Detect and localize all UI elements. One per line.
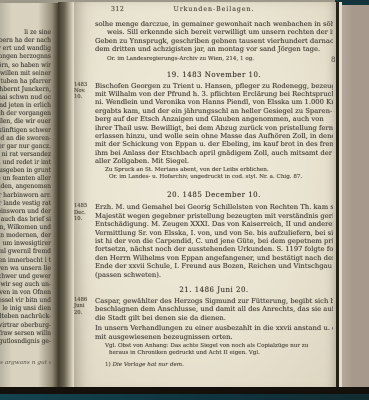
- facing-page-text-fragment: ber harbinworn arr.: [0, 192, 51, 200]
- note-line: Zu Spruck an St. Mertans abent, von der …: [95, 167, 333, 174]
- book-cover-right: [342, 5, 369, 388]
- facing-page-edge: li ze sinen bern ha der nachrger ert und…: [0, 3, 58, 389]
- text-line: In unsern Verhandlungen zu einer ausbeza…: [95, 324, 333, 332]
- margin-day: Nov. 10.: [74, 88, 94, 101]
- facing-page-text-column: li ze sinen bern ha der nachrger ert und…: [0, 29, 51, 351]
- facing-page-text-fragment: N. und redet ir imt: [0, 159, 51, 167]
- facing-page-text-fragment: hwirtrar oberburg-: [0, 322, 51, 330]
- facing-page-text-fragment: dem einsworn und der: [0, 208, 51, 216]
- entry-heading: 21. 1486 Juni 20.: [95, 286, 333, 294]
- entry-body: 1483 Nov. 10. Bischofen Georgen zu Trien…: [95, 82, 333, 182]
- facing-page-text-fragment: n schwer und gewer: [0, 273, 51, 281]
- text-line: Geben zu Ynnsprugk, geschriben gebnen ta…: [95, 37, 333, 45]
- book-scan-photo: li ze sinen bern ha der nachrger ert und…: [0, 0, 369, 400]
- text-line: Bischofen Georgen zu Trient u. Hansen, p…: [95, 82, 333, 90]
- entry-body: 1485 Dec. 10. Erzh. M. und Gemahel bei G…: [95, 203, 333, 279]
- text-line: Ende der xxvii Schule, I. Freund aus Boz…: [95, 262, 333, 270]
- text-line: mit Wilhalm von der Pfrund h. 3. pflicht…: [95, 90, 333, 98]
- entry-text: Caspar, gewählter des Herzogs Sigmund zu…: [95, 297, 333, 322]
- facing-page-text-fragment: re ni rat versandez: [0, 151, 51, 159]
- facing-page-bottom-line: s argwans n gut st.: [0, 360, 51, 366]
- entry-notes: Vgl. Obst von Anhang: Das achte Siegel v…: [95, 343, 333, 357]
- facing-page-text-fragment: li ze sine: [24, 29, 51, 37]
- register-entry-21: 21. 1486 Juni 20. 1486 Juni 20. Caspar, …: [95, 286, 333, 357]
- text-line: erlassen hinzu, und wolle sein ohne Mass…: [95, 132, 333, 140]
- facing-page-text-fragment: n bern ha der nach: [0, 37, 51, 45]
- text-line: mit ausgewiesenen bezeugnissen orten.: [95, 333, 333, 341]
- text-line: die Stadt gilt bei denen sie da dienen.: [95, 314, 333, 322]
- margin-day: Dec. 10.: [74, 210, 94, 223]
- facing-page-text-fragment: alteben nachrück-: [0, 313, 51, 321]
- footnote-marker: 1): [105, 362, 111, 368]
- facing-page-text-fragment: wr tuben ha pfarrer: [0, 78, 51, 86]
- margin-day: Juni 20.: [74, 303, 94, 316]
- facing-page-text-fragment: beliden, angenomen: [0, 183, 51, 191]
- facing-page-text-fragment: ml gwernil fremd: [0, 248, 51, 256]
- facing-page-text-fragment: um inwesigtirer: [3, 240, 51, 248]
- note-line: heraus in Chroniken gedruckt und Acht II…: [95, 350, 333, 357]
- facing-page-text-fragment: leren wa unsern lie: [0, 265, 51, 273]
- text-line: ist hi der von die Carpendid, C. und jen…: [95, 237, 333, 245]
- text-line: Vermittlung Sr. von Elsska, I. von, und …: [95, 229, 333, 237]
- facing-page-text-fragment: dunzn, Wilkomen und: [0, 224, 51, 232]
- facing-page-text-fragment: ruger gar nur gancz.: [0, 143, 51, 151]
- facing-page-text-fragment: rger ert und wandlig: [0, 45, 51, 53]
- facing-page-text-fragment: an modernen, der: [0, 232, 51, 240]
- facing-page-text-fragment: le inig unsi dien: [2, 305, 51, 313]
- facing-page-text-fragment: und jeten in erlich: [0, 102, 51, 110]
- edge-margin-mark: 8: [331, 56, 335, 64]
- page-content: 312 Urkunden-Beilagen. solhe menge darcz…: [95, 2, 333, 369]
- text-line: ihm bei Anlass der Etschbach april gnädi…: [95, 149, 333, 157]
- facing-page-text-fragment: re un feanten aller: [0, 175, 51, 183]
- source-citation: Or. im Landesregierungs-Archiv zu Wien, …: [95, 56, 333, 63]
- facing-page-text-fragment: wurchbernt Junckern,: [0, 86, 51, 94]
- page-header: 312 Urkunden-Beilagen.: [95, 6, 333, 14]
- text-line: (passen schweten).: [95, 271, 333, 279]
- text-line: Entschädigung. M. Zeugen XXXI. Das von K…: [95, 220, 333, 228]
- margin-date-note: 1486 Juni 20.: [74, 297, 94, 316]
- register-entry-20: 20. 1485 December 10. 1485 Dec. 10. Erzh…: [95, 191, 333, 279]
- facing-page-text-fragment: dessel vir bitn und: [0, 297, 51, 305]
- text-line: Erzh. M. und Gemahel bei Georig Schillel…: [95, 203, 333, 211]
- text-line: beschlagnen dem Anschlusse, und damit al…: [95, 305, 333, 313]
- facing-page-text-fragment: g gutlosndignis ge-: [0, 338, 51, 346]
- book-page: 312 Urkunden-Beilagen. solhe menge darcz…: [74, 2, 336, 390]
- facing-page-text-fragment: ll auch das brief si: [0, 216, 51, 224]
- entry-text: Bischofen Georgen zu Trient u. Hansen, p…: [95, 82, 333, 166]
- text-line: fortsetzn, nächst noch der ausstehenden …: [95, 245, 333, 253]
- note-line: Or. im Landes- u. Hofarchiv, ungedruckt …: [95, 174, 333, 181]
- text-line: ni. Wendlein und Veronika von Hanns Pien…: [95, 98, 333, 106]
- text-line: weis. Sill erkennde sich bereit verwilli…: [95, 28, 333, 36]
- facing-page-text-fragment: al, mai schwn nud oc: [0, 94, 51, 102]
- facing-page-text-fragment: strenngen herzognns: [0, 53, 51, 61]
- text-line: berg auf der Etsch Anzaigen und Glauben …: [95, 115, 333, 123]
- margin-date-note: 1483 Nov. 10.: [74, 82, 94, 101]
- facing-page-text-fragment: en imnerbacht i t: [0, 257, 51, 265]
- facing-page-text-fragment: di körn, so haben wir: [0, 62, 51, 70]
- text-line: Caspar, gewählter des Herzogs Sigmund zu…: [95, 297, 333, 305]
- text-line: Majestät wegen gegebner pristellung beze…: [95, 212, 333, 220]
- entry-text: Erzh. M. und Gemahel bei Georig Schillel…: [95, 203, 333, 279]
- entry-heading: 19. 1483 November 10.: [95, 71, 333, 79]
- text-line: mit der Schickung von Eppan u. der Ebeli…: [95, 140, 333, 148]
- text-line: dem dritten und achzigisten jar, an mont…: [95, 45, 333, 53]
- facing-page-text-fragment: beser lande vestig rat: [0, 200, 51, 208]
- footnote-text: Die Vorlage hat nur dem.: [113, 362, 184, 368]
- book-gutter-shadow: [58, 2, 74, 390]
- running-title: Urkunden-Beilagen.: [173, 6, 254, 13]
- text-line: solhe menge darczue, in gemainer gewonha…: [95, 20, 333, 28]
- facing-page-text-fragment: s red an die sworen-: [0, 135, 51, 143]
- facing-page-text-fragment: r künftigen schwer: [0, 127, 51, 135]
- facing-page-text-fragment: l willen, die wir euer: [0, 118, 51, 126]
- facing-page-text-fragment: forven in von Ofnen: [0, 289, 51, 297]
- facing-page-text-fragment: Wöln wir seg auch un-: [0, 281, 51, 289]
- register-entry-19: 19. 1483 November 10. 1483 Nov. 10. Bisc…: [95, 71, 333, 182]
- facing-page-text-fragment: gfraw sersen willn: [0, 330, 51, 338]
- note-line: Vgl. Obst von Anhang: Das achte Siegel v…: [95, 343, 333, 350]
- entry-text-second-paragraph: In unsern Verhandlungen zu einer ausbeza…: [95, 324, 333, 341]
- continued-paragraph: solhe menge darczue, in gemainer gewonha…: [95, 20, 333, 54]
- entry-notes: Zu Spruck an St. Mertans abent, von der …: [95, 167, 333, 181]
- entry-heading: 20. 1485 December 10.: [95, 191, 333, 199]
- margin-date-note: 1485 Dec. 10.: [74, 203, 94, 222]
- footnote: 1) Die Vorlage hat nur dem.: [95, 362, 333, 369]
- text-line: ergabts kam, und der ein jährungsschl an…: [95, 107, 333, 115]
- facing-page-text-fragment: nach der vorgangen: [0, 110, 51, 118]
- facing-page-text-fragment: en willen mit seiner: [0, 70, 51, 78]
- entry-body: 1486 Juni 20. Caspar, gewählter des Herz…: [95, 297, 333, 357]
- text-line: den Herrn Wilhelms von Eppan angefangene…: [95, 254, 333, 262]
- table-surface-bottom: [0, 394, 369, 400]
- facing-page-text-fragment: ausgeben in grunt: [0, 167, 51, 175]
- text-line: ihrer Thail usw. Bewilligt, bei dem Abzu…: [95, 124, 333, 132]
- page-number: 312: [111, 6, 124, 13]
- text-line: aller Zollgaben. Mit Siegel.: [95, 157, 333, 165]
